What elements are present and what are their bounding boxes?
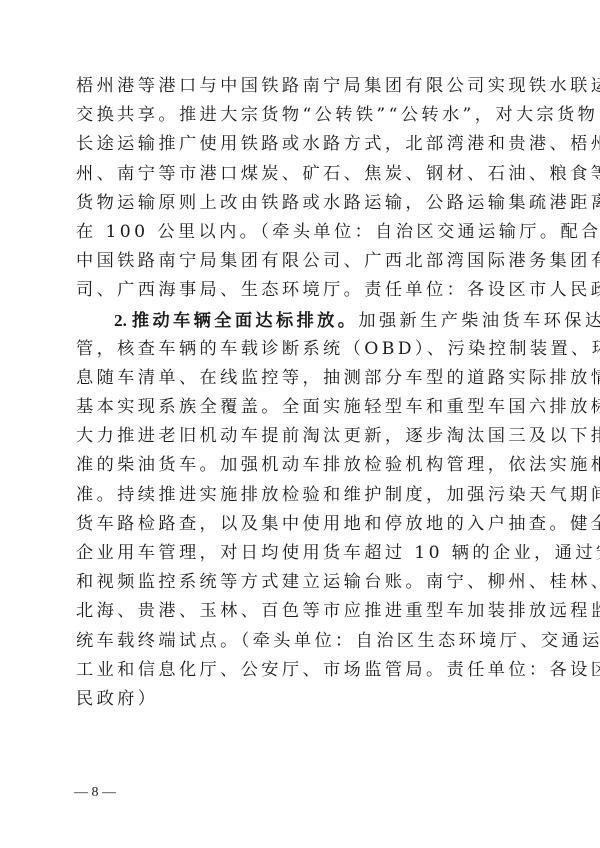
document-page: 梧州港等港口与中国铁路南宁局集团有限公司实现铁水联运信息 交换共享。推进大宗货物… (0, 0, 600, 848)
text-line: 工业和信息化厅、公安厅、市场监管局。责任单位：各设区市人 (76, 656, 534, 685)
paragraph-first-line: 2.推动车辆全面达标排放。加强新生产柴油货车环保达标监 (76, 306, 534, 335)
document-body: 梧州港等港口与中国铁路南宁局集团有限公司实现铁水联运信息 交换共享。推进大宗货物… (76, 72, 534, 714)
text-line: 和视频监控系统等方式建立运输台账。南宁、柳州、桂林、梧州、 (76, 568, 534, 597)
text-line: 民政府） (76, 685, 534, 714)
text-line: 大力推进老旧机动车提前淘汰更新，逐步淘汰国三及以下排放标 (76, 422, 534, 451)
paragraph-1: 梧州港等港口与中国铁路南宁局集团有限公司实现铁水联运信息 交换共享。推进大宗货物… (76, 72, 534, 306)
text-line: 准。持续推进实施排放检验和维护制度，加强污染天气期间重型 (76, 481, 534, 510)
text-line: 货物运输原则上改由铁路或水路运输，公路运输集疏港距离控制 (76, 189, 534, 218)
text-line: 司、广西海事局、生态环境厅。责任单位：各设区市人民政府） (76, 276, 534, 305)
text-run: 加强新生产柴油货车环保达标监 (358, 311, 600, 331)
paragraph-2: 2.推动车辆全面达标排放。加强新生产柴油货车环保达标监 管，核查车辆的车载诊断系… (76, 306, 534, 715)
text-line: 货车路检路查，以及集中使用地和停放地的入户抽查。健全重点 (76, 510, 534, 539)
text-line: 州、南宁等市港口煤炭、矿石、焦炭、钢材、石油、粮食等大宗 (76, 160, 534, 189)
text-line: 中国铁路南宁局集团有限公司、广西北部湾国际港务集团有限公 (76, 247, 534, 276)
page-number: — 8 — (74, 785, 116, 801)
text-line: 息随车清单、在线监控等，抽测部分车型的道路实际排放情况， (76, 364, 534, 393)
text-line: 长途运输推广使用铁路或水路方式，北部湾港和贵港、梧州、柳 (76, 130, 534, 159)
text-line: 北海、贵港、玉林、百色等市应推进重型车加装排放远程监控系 (76, 597, 534, 626)
text-line: 交换共享。推进大宗货物“公转铁”“公转水”，对大宗货物中 (76, 101, 534, 130)
section-number: 2. (114, 311, 127, 330)
text-line: 在 100 公里以内。（牵头单位：自治区交通运输厅。配合单位： (76, 218, 534, 247)
text-line: 企业用车管理，对日均使用货车超过 10 辆的企业，通过安装门禁 (76, 539, 534, 568)
text-line: 管，核查车辆的车载诊断系统（OBD）、污染控制装置、环保信 (76, 335, 534, 364)
text-line: 基本实现系族全覆盖。全面实施轻型车和重型车国六排放标准， (76, 393, 534, 422)
section-heading: 推动车辆全面达标排放。 (132, 311, 358, 331)
text-line: 梧州港等港口与中国铁路南宁局集团有限公司实现铁水联运信息 (76, 72, 534, 101)
text-line: 统车载终端试点。（牵头单位：自治区生态环境厅、交通运输厅、 (76, 627, 534, 656)
text-line: 准的柴油货车。加强机动车排放检验机构管理，依法实施相关标 (76, 451, 534, 480)
